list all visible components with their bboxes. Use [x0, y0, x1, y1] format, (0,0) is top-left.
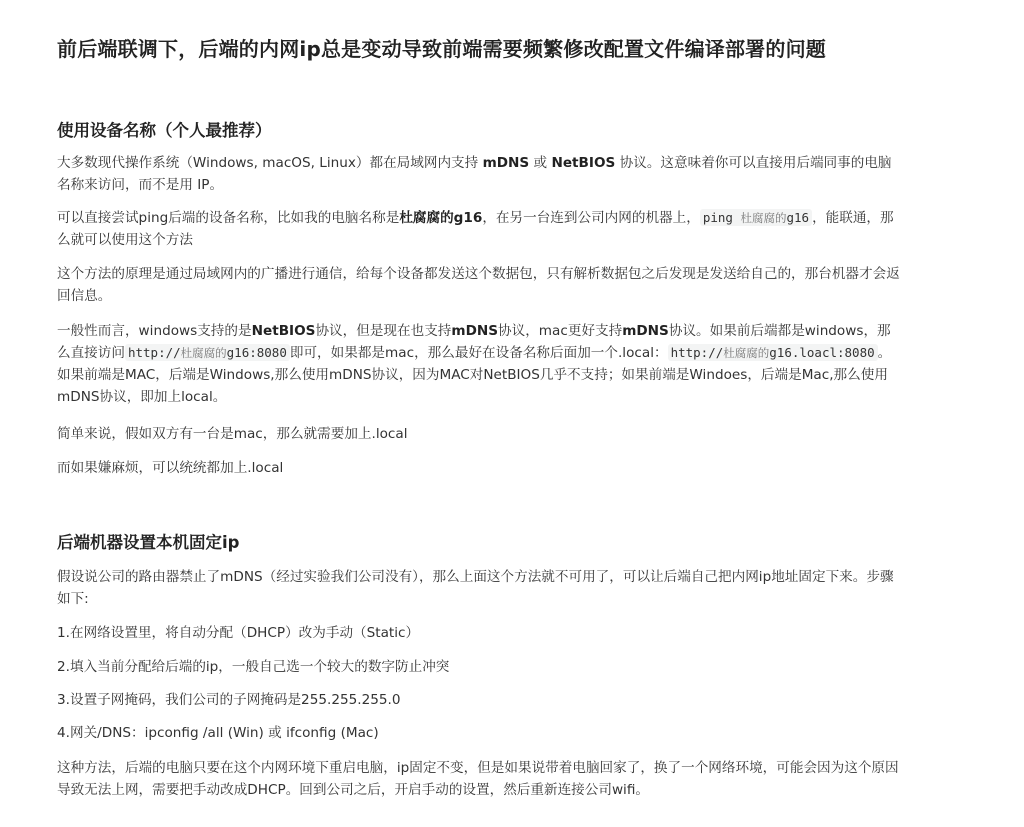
paragraph-protocol-support: 一般性而言，windows支持的是NetBIOS协议，但是现在也支持mDNS协议…: [57, 320, 902, 408]
step-item: 2.填入当前分配给后端的ip，一般自己选一个较大的数字防止冲突: [57, 656, 902, 678]
paragraph-principle: 这个方法的原理是通过局域网内的广播进行通信，给每个设备都发送这个数据包，只有解析…: [57, 263, 902, 307]
step-item: 3.设置子网掩码，我们公司的子网掩码是255.255.255.0: [57, 689, 902, 711]
section-heading-static-ip: 后端机器设置本机固定ip: [57, 529, 239, 553]
inline-code-ping: ping 杜腐腐的g16: [700, 209, 812, 226]
paragraph-ping-test: 可以直接尝试ping后端的设备名称，比如我的电脑名称是杜腐腐的g16，在另一台连…: [57, 207, 902, 251]
inline-code-windows-url: http://杜腐腐的g16:8080: [125, 344, 290, 361]
paragraph-caveat: 这种方法，后端的电脑只要在这个内网环境下重启电脑，ip固定不变，但是如果说带着电…: [57, 757, 902, 801]
paragraph-router-mdns: 假设说公司的路由器禁止了mDNS（经过实验我们公司没有），那么上面这个方法就不可…: [57, 566, 902, 610]
page-title: 前后端联调下，后端的内网ip总是变动导致前端需要频繁修改配置文件编译部署的问题: [57, 33, 826, 62]
section-heading-device-name: 使用设备名称（个人最推荐）: [57, 117, 272, 141]
step-item: 1.在网络设置里，将自动分配（DHCP）改为手动（Static）: [57, 622, 902, 644]
paragraph-summary: 简单来说，假如双方有一台是mac，那么就需要加上.local: [57, 423, 902, 445]
inline-code-mac-url: http://杜腐腐的g16.loacl:8080: [668, 344, 878, 361]
paragraph-mdns-intro: 大多数现代操作系统（Windows, macOS, Linux）都在局域网内支持…: [57, 152, 902, 196]
step-item: 4.网关/DNS：ipconfig /all (Win) 或 ifconfig …: [57, 722, 902, 744]
paragraph-tip: 而如果嫌麻烦，可以统统都加上.local: [57, 457, 902, 479]
